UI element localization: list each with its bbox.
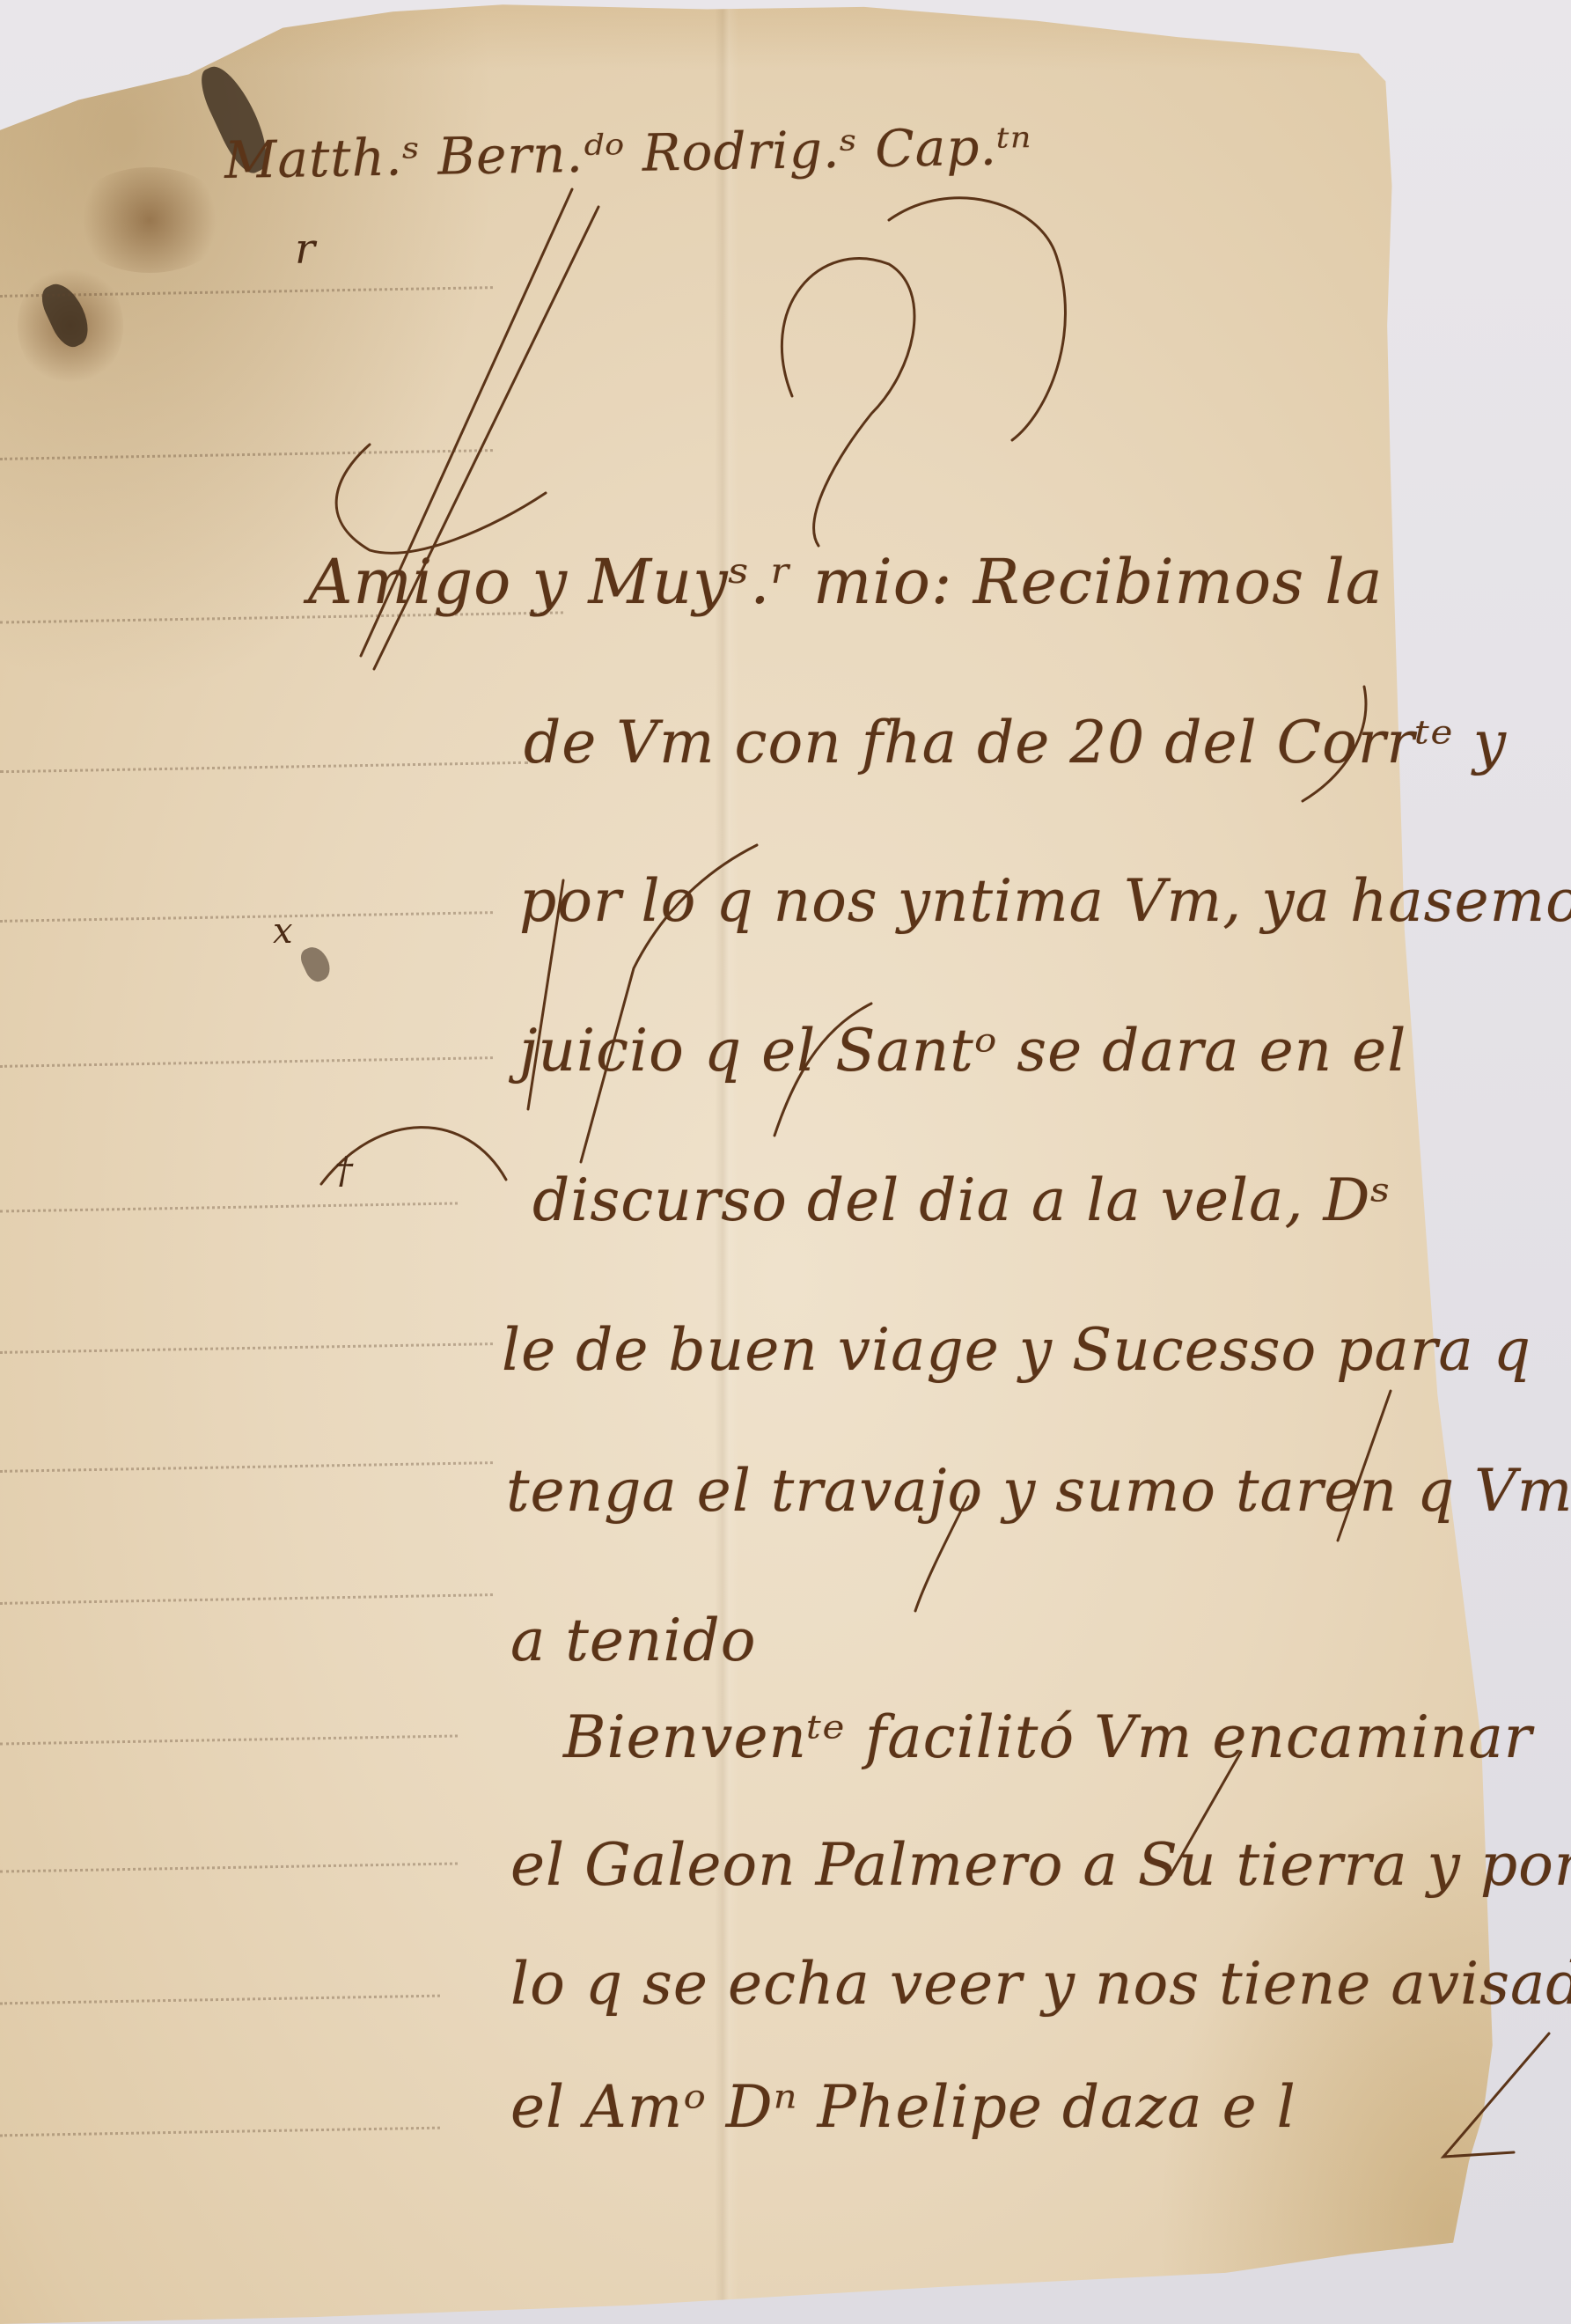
- bleed-through-line: [0, 1342, 493, 1354]
- letter-line-2: de Vm con fha de 20 del Corrᵗᵉ y: [524, 709, 1507, 776]
- letter-line-5: discurso del dia a la vela, Dˢ: [532, 1166, 1391, 1234]
- letter-line-10: el Galeon Palmero a Su tierra y por: [510, 1831, 1571, 1899]
- bleed-through-line: [0, 2127, 440, 2137]
- letter-line-8: a tenido: [510, 1607, 757, 1674]
- bleed-through-line: [0, 1461, 493, 1473]
- letter-line-7: tenga el travajo y sumo taren q Vm: [506, 1457, 1571, 1525]
- photo-stage: Matth.ˢ Bern.ᵈᵒ Rodrig.ˢ Cap.ᵗⁿ r x † Am…: [0, 0, 1571, 2324]
- letter-line-1: Amigo y Muyˢ.ʳ mio: Recibimos la: [308, 546, 1384, 618]
- left-margin-mark: r: [295, 224, 315, 274]
- letter-line-4: juicio q el Santᵒ se dara en el: [519, 1017, 1406, 1085]
- letter-line-12: el Amᵒ Dⁿ Phelipe daza e l: [510, 2073, 1296, 2141]
- margin-mark-x: x: [273, 911, 293, 952]
- bleed-through-line: [0, 1202, 458, 1212]
- bleed-through-line: [0, 1862, 458, 1872]
- bleed-through-line: [0, 1593, 493, 1605]
- bleed-through-line: [0, 761, 528, 773]
- letter-line-3: por lo q nos yntima Vm, ya hasemos: [519, 867, 1571, 935]
- bleed-through-line: [0, 1056, 493, 1068]
- letter-line-11: lo q se echa veer y nos tiene avisado: [510, 1950, 1571, 2018]
- bleed-through-line: [0, 449, 493, 460]
- water-stain: [70, 167, 229, 273]
- margin-mark-cross: †: [334, 1149, 353, 1192]
- bleed-through-line: [0, 911, 493, 923]
- letter-line-9: Bienvenᵗᵉ facilitó Vm encaminar: [563, 1703, 1532, 1771]
- bleed-through-line: [0, 1734, 458, 1745]
- bleed-through-line: [0, 1995, 440, 2005]
- paper-hole: [297, 943, 334, 985]
- letter-line-6: le de buen viage y Sucesso para q: [502, 1316, 1531, 1384]
